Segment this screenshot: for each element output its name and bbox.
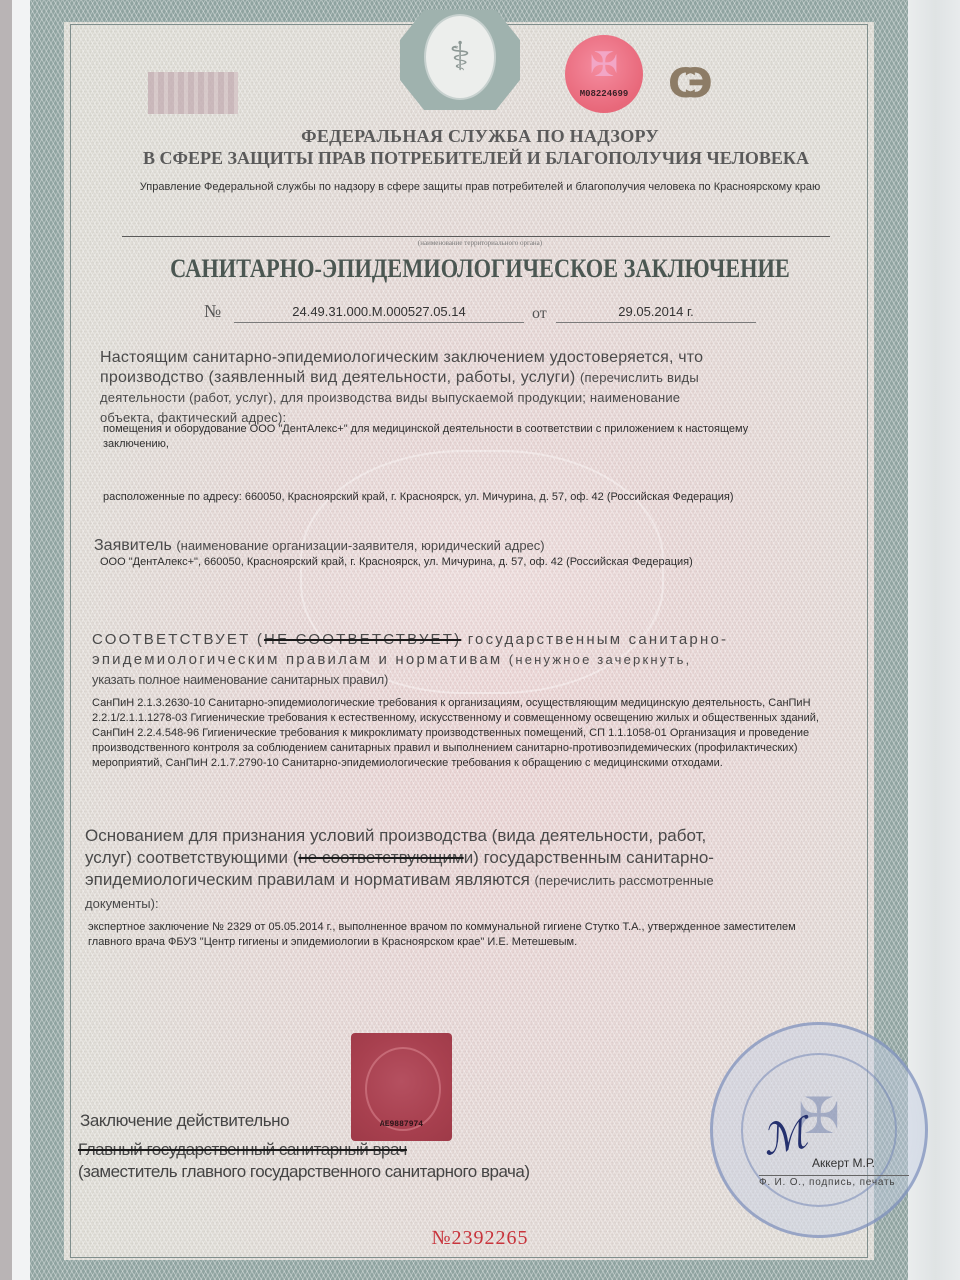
date-label: от bbox=[532, 305, 547, 323]
certifies-intro: Настоящим санитарно-эпидемиологическим з… bbox=[100, 348, 860, 428]
basis-line2a: услуг) соответствующими ( bbox=[85, 848, 298, 867]
signer-name: Аккерт М.Р. bbox=[812, 1156, 875, 1170]
sanitary-rules: СанПиН 2.1.3.2630-10 Санитарно-эпидемиол… bbox=[92, 696, 862, 771]
applicant-heading: Заявитель (наименование организации-заяв… bbox=[94, 536, 854, 556]
signature-caption: Ф. И. О., подпись, печать bbox=[759, 1175, 909, 1188]
certifies-intro-text: Настоящим санитарно-эпидемиологическим з… bbox=[100, 349, 703, 366]
basis-hint3: (перечислить рассмотренные bbox=[535, 873, 714, 888]
compliance-block: СООТВЕТСТВУЕТ (НЕ СООТВЕТСТВУЕТ) государ… bbox=[92, 630, 882, 690]
compliance-rest: государственным санитарно- bbox=[468, 631, 728, 648]
basis-block: Основанием для признания условий произво… bbox=[85, 825, 890, 915]
basis-line1: Основанием для признания условий произво… bbox=[85, 826, 706, 845]
divider bbox=[122, 236, 830, 237]
conclusion-number: 24.49.31.000.М.000527.05.14 bbox=[234, 304, 524, 323]
form-serial-number: №2392265 bbox=[0, 1227, 960, 1250]
applicant-hint: (наименование организации-заявителя, юри… bbox=[176, 538, 544, 553]
coat-of-arms-icon: ⚕ bbox=[424, 14, 496, 100]
hologram-seal: ✠ М08224699 bbox=[565, 35, 643, 113]
compliance-hint3: указать полное наименование санитарных п… bbox=[92, 672, 388, 687]
agency-title-line1: ФЕДЕРАЛЬНАЯ СЛУЖБА ПО НАДЗОРУ bbox=[0, 126, 960, 147]
official-seal: ✠ bbox=[710, 1022, 928, 1238]
document-title: САНИТАРНО-ЭПИДЕМИОЛОГИЧЕСКОЕ ЗАКЛЮЧЕНИЕ bbox=[67, 254, 893, 284]
seal-eagle-icon: ✠ bbox=[713, 1087, 925, 1145]
object-address: расположенные по адресу: 660050, Красноя… bbox=[103, 490, 863, 505]
deputy-title: (заместитель главного государственного с… bbox=[78, 1162, 530, 1182]
applicant-label: Заявитель bbox=[94, 537, 172, 554]
emblem-icon bbox=[365, 1047, 441, 1131]
agency-title-line2: В СФЕРЕ ЗАЩИТЫ ПРАВ ПОТРЕБИТЕЛЕЙ И БЛАГО… bbox=[124, 148, 828, 169]
watermark-strip bbox=[148, 72, 238, 114]
complies-text: СООТВЕТСТВУЕТ ( bbox=[92, 631, 264, 648]
applicant-value: ООО "ДентАлекс+", 660050, Красноярский к… bbox=[100, 555, 860, 570]
compliance-hint2: (ненужное зачеркнуть, bbox=[509, 652, 692, 667]
hologram-sticker: АЕ9887974 bbox=[351, 1033, 452, 1141]
number-label: № bbox=[204, 301, 221, 322]
certifies-hint2: деятельности (работ, услуг), для произво… bbox=[100, 390, 680, 405]
not-complies-struck: НЕ СООТВЕТСТВУЕТ) bbox=[264, 631, 461, 648]
certifies-intro2-text: производство (заявленный вид деятельност… bbox=[100, 369, 575, 386]
basis-document: экспертное заключение № 2329 от 05.05.20… bbox=[88, 920, 808, 950]
signature: ℳ bbox=[757, 1108, 811, 1165]
basis-line3: эпидемиологическим правилам и нормативам… bbox=[85, 870, 530, 889]
compliance-line2: эпидемиологическим правилам и нормативам bbox=[92, 651, 502, 668]
basis-hint4: документы): bbox=[85, 896, 159, 911]
territorial-caption: (наименование территориального органа) bbox=[0, 239, 960, 247]
certifies-hint1: (перечислить виды bbox=[580, 370, 699, 385]
conclusion-date: 29.05.2014 г. bbox=[556, 304, 756, 323]
hologram-serial-2: АЕ9887974 bbox=[351, 1120, 452, 1129]
validity-label: Заключение действительно bbox=[80, 1111, 289, 1131]
se-logo-icon: СЭ bbox=[668, 64, 748, 104]
paper-edge bbox=[12, 0, 32, 1280]
certified-object: помещения и оборудование ООО "ДентАлекс+… bbox=[103, 422, 803, 452]
basis-line2b: и) государственным санитарно- bbox=[464, 848, 714, 867]
chief-doctor-struck: Главный государственный санитарный врач bbox=[78, 1140, 407, 1160]
number-row: № 24.49.31.000.М.000527.05.14 от 29.05.2… bbox=[204, 302, 764, 324]
hologram-serial: М08224699 bbox=[580, 89, 629, 99]
basis-struck: не соответствующим bbox=[298, 848, 463, 867]
eagle-icon: ✠ bbox=[565, 45, 643, 85]
territorial-body: Управление Федеральной службы по надзору… bbox=[130, 180, 830, 194]
